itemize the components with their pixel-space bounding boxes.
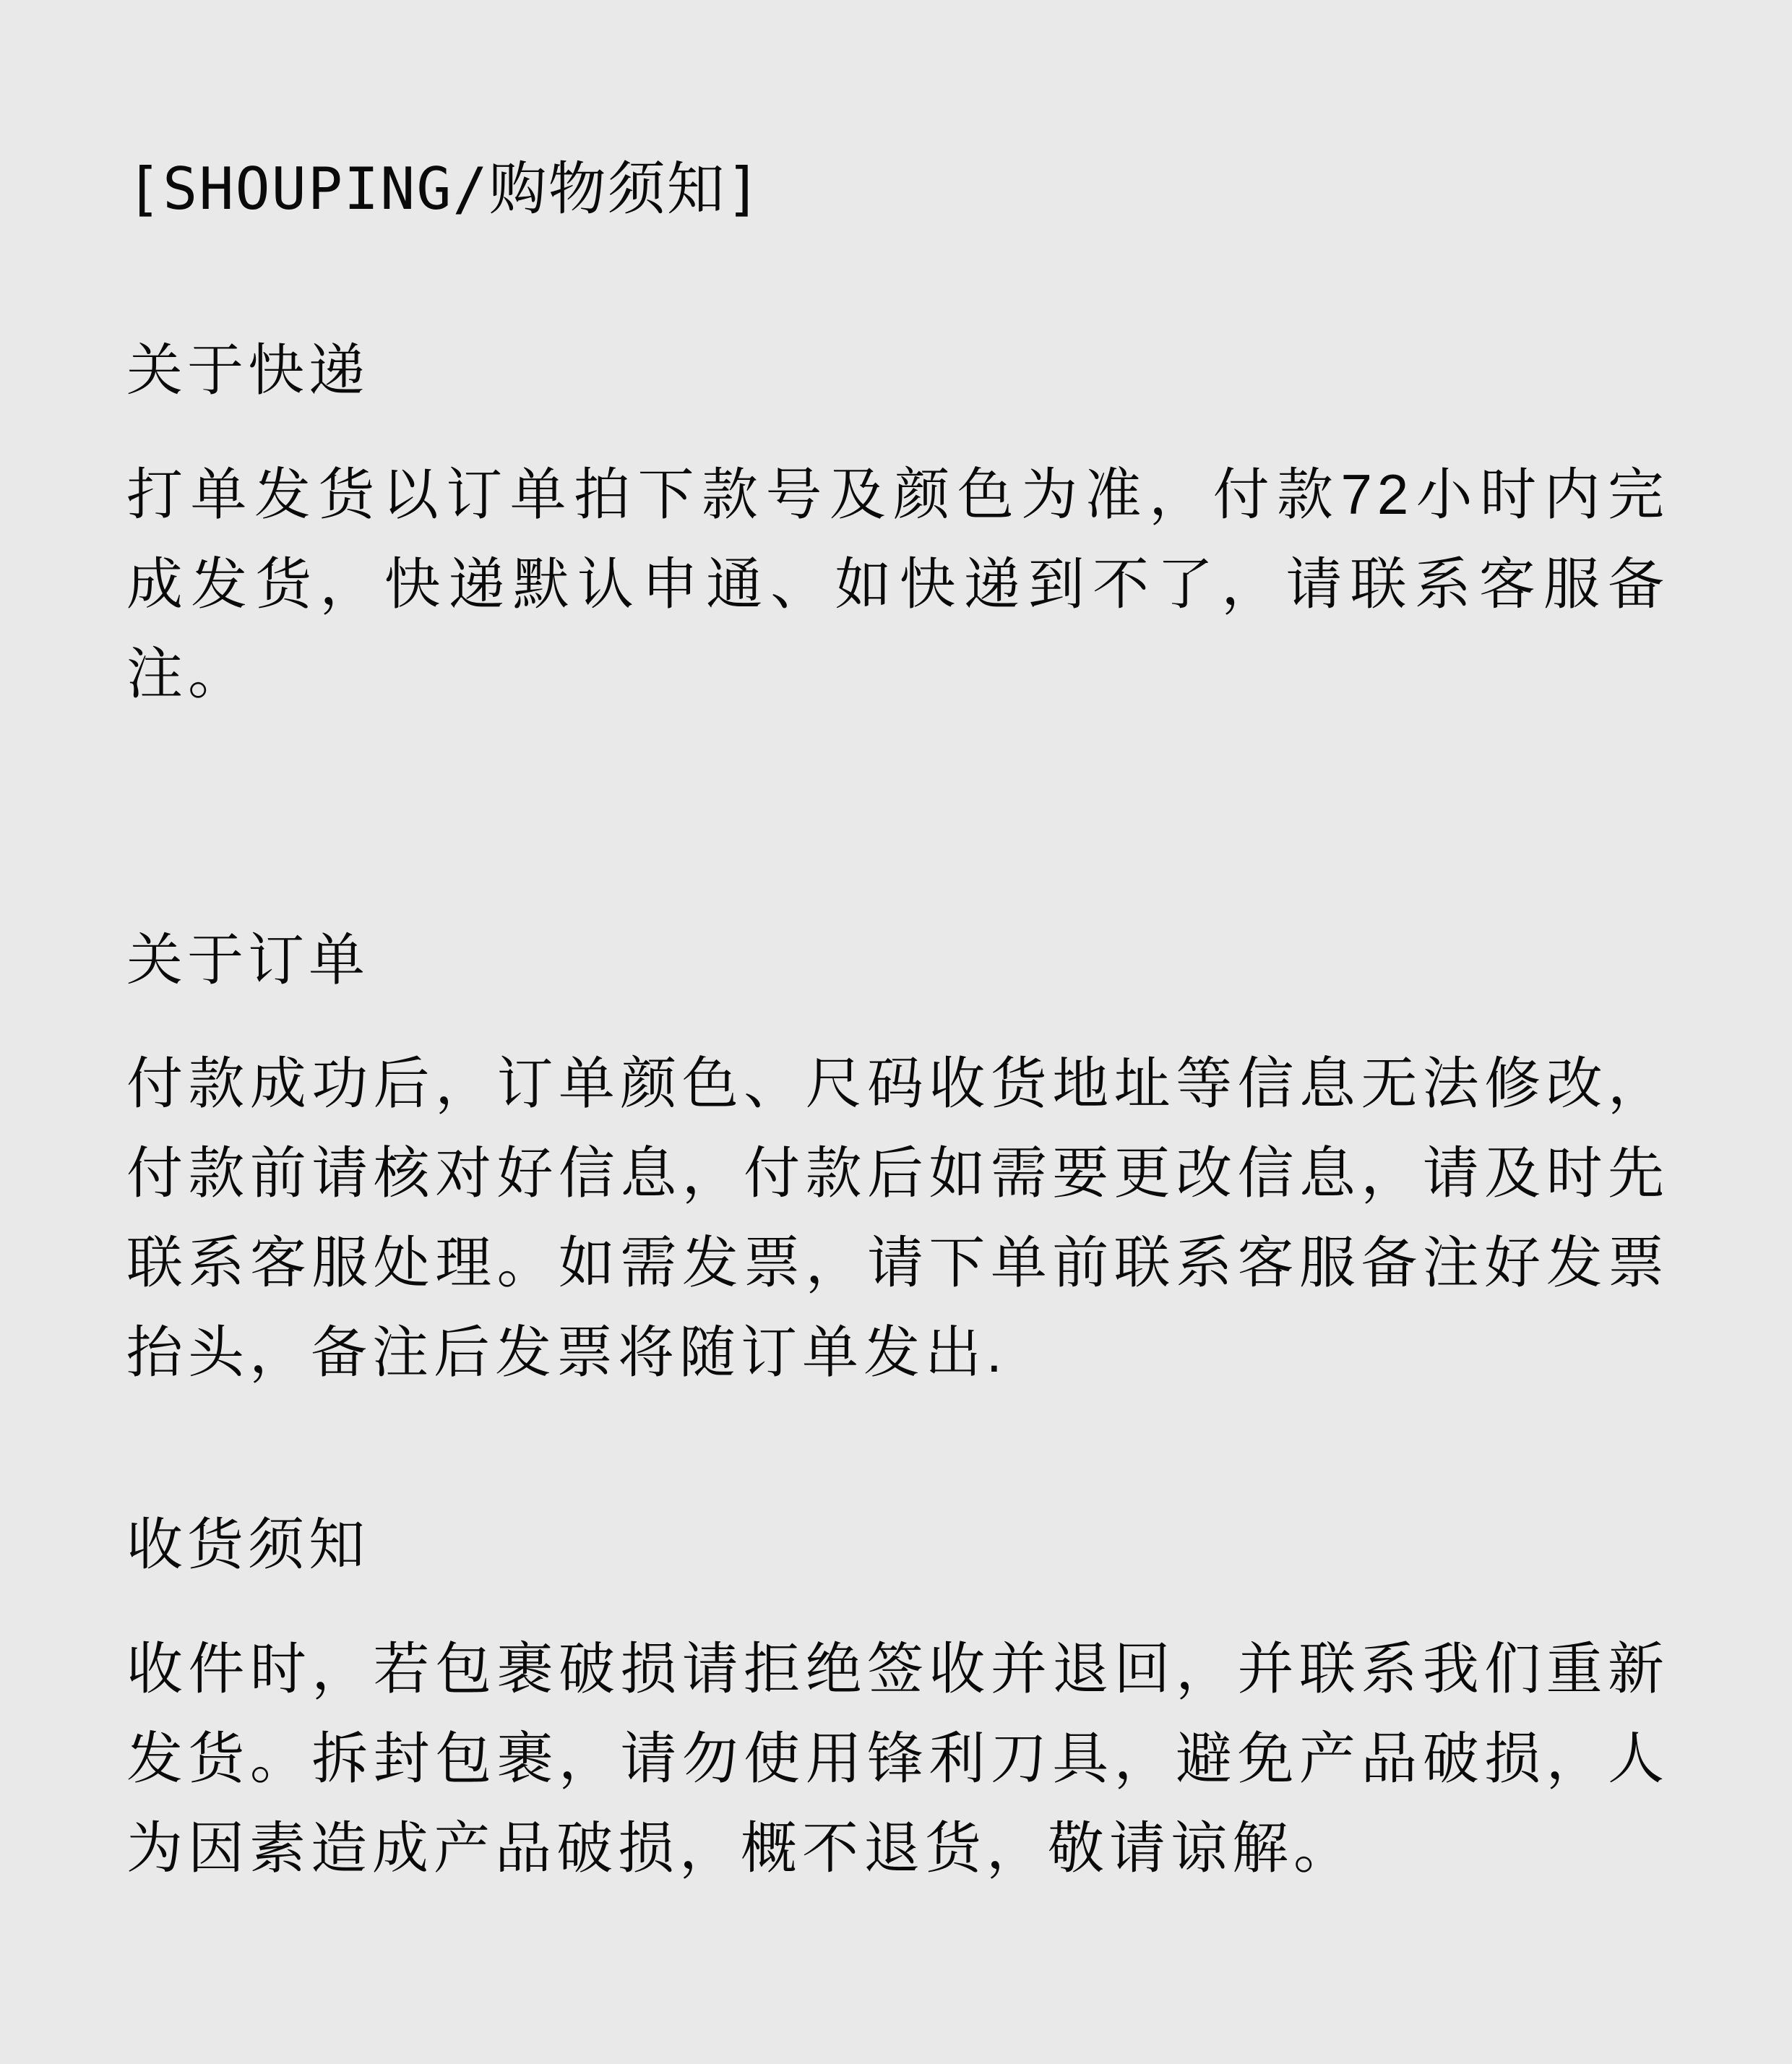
section-order: 关于订单 付款成功后，订单颜色、尺码收货地址等信息无法修改，付款前请核对好信息，…: [126, 926, 1669, 1398]
section-body-order: 付款成功后，订单颜色、尺码收货地址等信息无法修改，付款前请核对好信息，付款后如需…: [126, 1039, 1669, 1397]
shopping-notice-page: [SHOUPING/购物须知] 关于快递 打单发货以订单拍下款号及颜色为准，付款…: [0, 0, 1792, 2064]
page-title: [SHOUPING/购物须知]: [126, 158, 1669, 221]
section-heading-receiving: 收货须知: [126, 1511, 1669, 1579]
section-heading-order: 关于订单: [126, 926, 1669, 994]
section-body-shipping: 打单发货以订单拍下款号及颜色为准，付款72小时内完成发货，快递默认申通、如快递到…: [126, 450, 1669, 718]
section-body-receiving: 收件时，若包裹破损请拒绝签收并退回，并联系我们重新发货。拆封包裹，请勿使用锋利刀…: [126, 1624, 1669, 1893]
section-heading-shipping: 关于快递: [126, 337, 1669, 405]
section-receiving: 收货须知 收件时，若包裹破损请拒绝签收并退回，并联系我们重新发货。拆封包裹，请勿…: [126, 1511, 1669, 1893]
section-shipping: 关于快递 打单发货以订单拍下款号及颜色为准，付款72小时内完成发货，快递默认申通…: [126, 337, 1669, 718]
